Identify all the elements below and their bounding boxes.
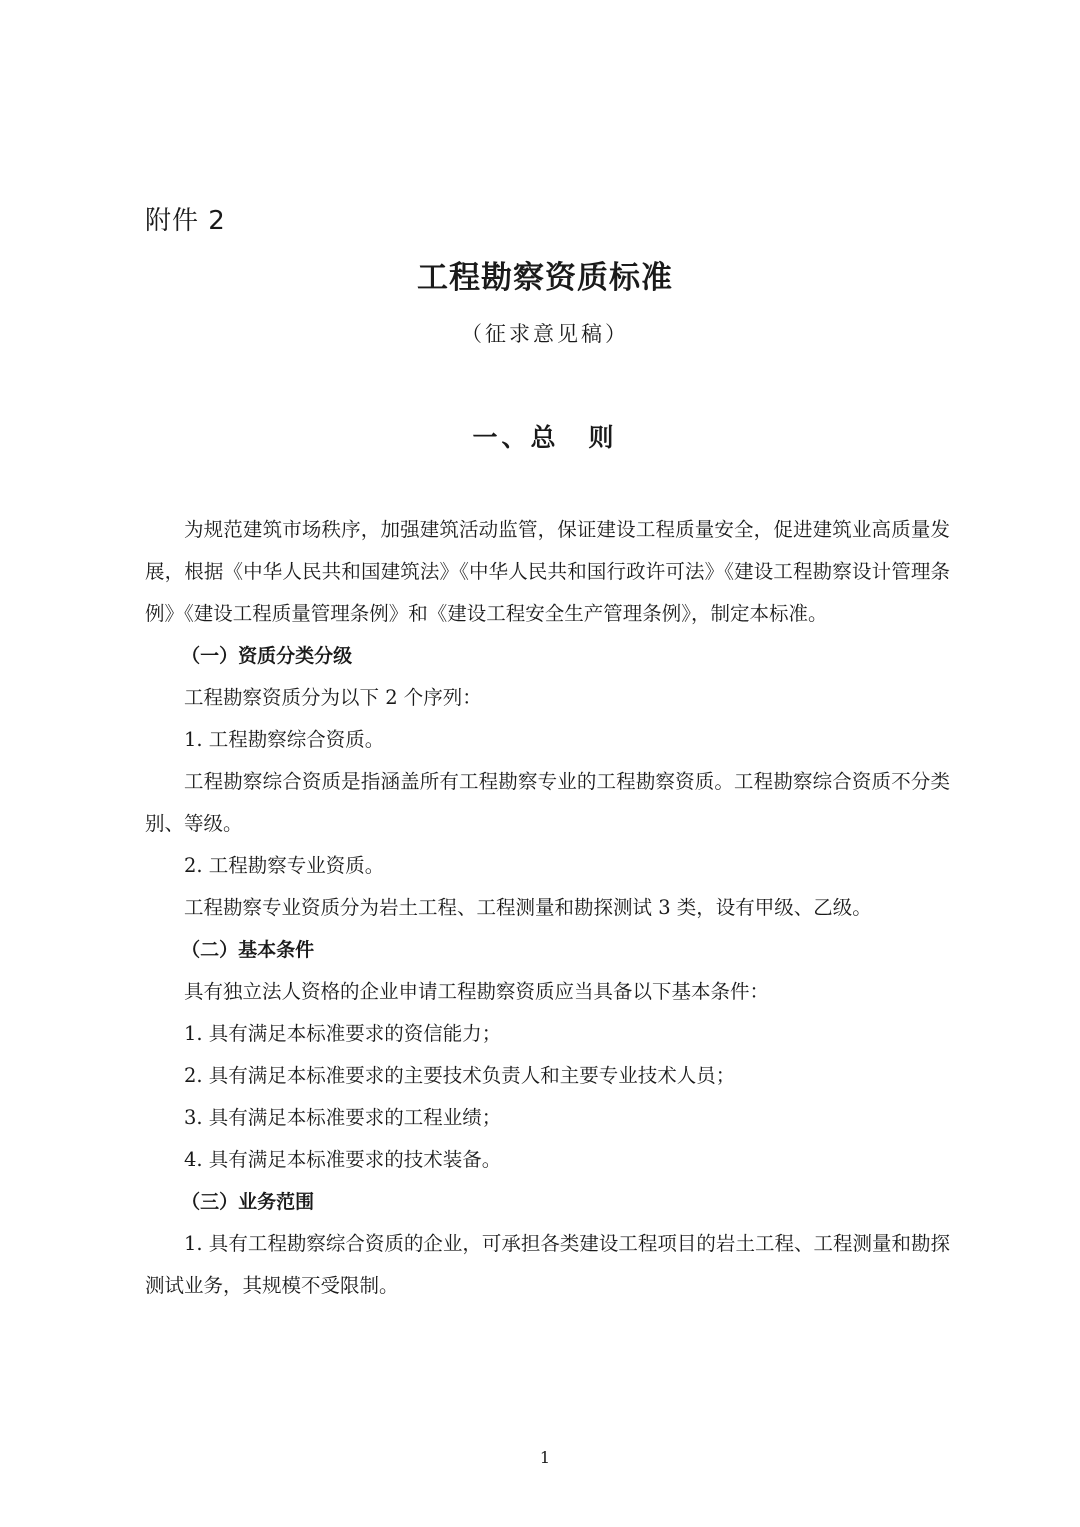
paragraph: 1. 具有满足本标准要求的资信能力； [145, 1013, 950, 1055]
chapter-heading: 一、总 则 [0, 418, 1080, 454]
document-subtitle: （征求意见稿） [0, 318, 1080, 348]
paragraph: 工程勘察资质分为以下 2 个序列： [145, 677, 950, 719]
paragraph: 工程勘察专业资质分为岩土工程、工程测量和勘探测试 3 类，设有甲级、乙级。 [145, 887, 950, 929]
page-number: 1 [0, 1448, 1080, 1467]
section-heading-business-scope: （三）业务范围 [145, 1181, 950, 1223]
attachment-label: 附件 2 [145, 200, 226, 237]
paragraph: 1. 具有工程勘察综合资质的企业，可承担各类建设工程项目的岩土工程、工程测量和勘… [145, 1223, 950, 1307]
paragraph: 3. 具有满足本标准要求的工程业绩； [145, 1097, 950, 1139]
document-title: 工程勘察资质标准 [0, 252, 1080, 297]
paragraph: 具有独立法人资格的企业申请工程勘察资质应当具备以下基本条件： [145, 971, 950, 1013]
document-body: 为规范建筑市场秩序，加强建筑活动监管，保证建设工程质量安全，促进建筑业高质量发展… [145, 509, 950, 1307]
paragraph: 4. 具有满足本标准要求的技术装备。 [145, 1139, 950, 1181]
paragraph: 2. 工程勘察专业资质。 [145, 845, 950, 887]
paragraph: 2. 具有满足本标准要求的主要技术负责人和主要专业技术人员； [145, 1055, 950, 1097]
paragraph: 工程勘察综合资质是指涵盖所有工程勘察专业的工程勘察资质。工程勘察综合资质不分类别… [145, 761, 950, 845]
section-heading-basic-conditions: （二）基本条件 [145, 929, 950, 971]
paragraph-intro: 为规范建筑市场秩序，加强建筑活动监管，保证建设工程质量安全，促进建筑业高质量发展… [145, 509, 950, 635]
section-heading-classification: （一）资质分类分级 [145, 635, 950, 677]
paragraph: 1. 工程勘察综合资质。 [145, 719, 950, 761]
